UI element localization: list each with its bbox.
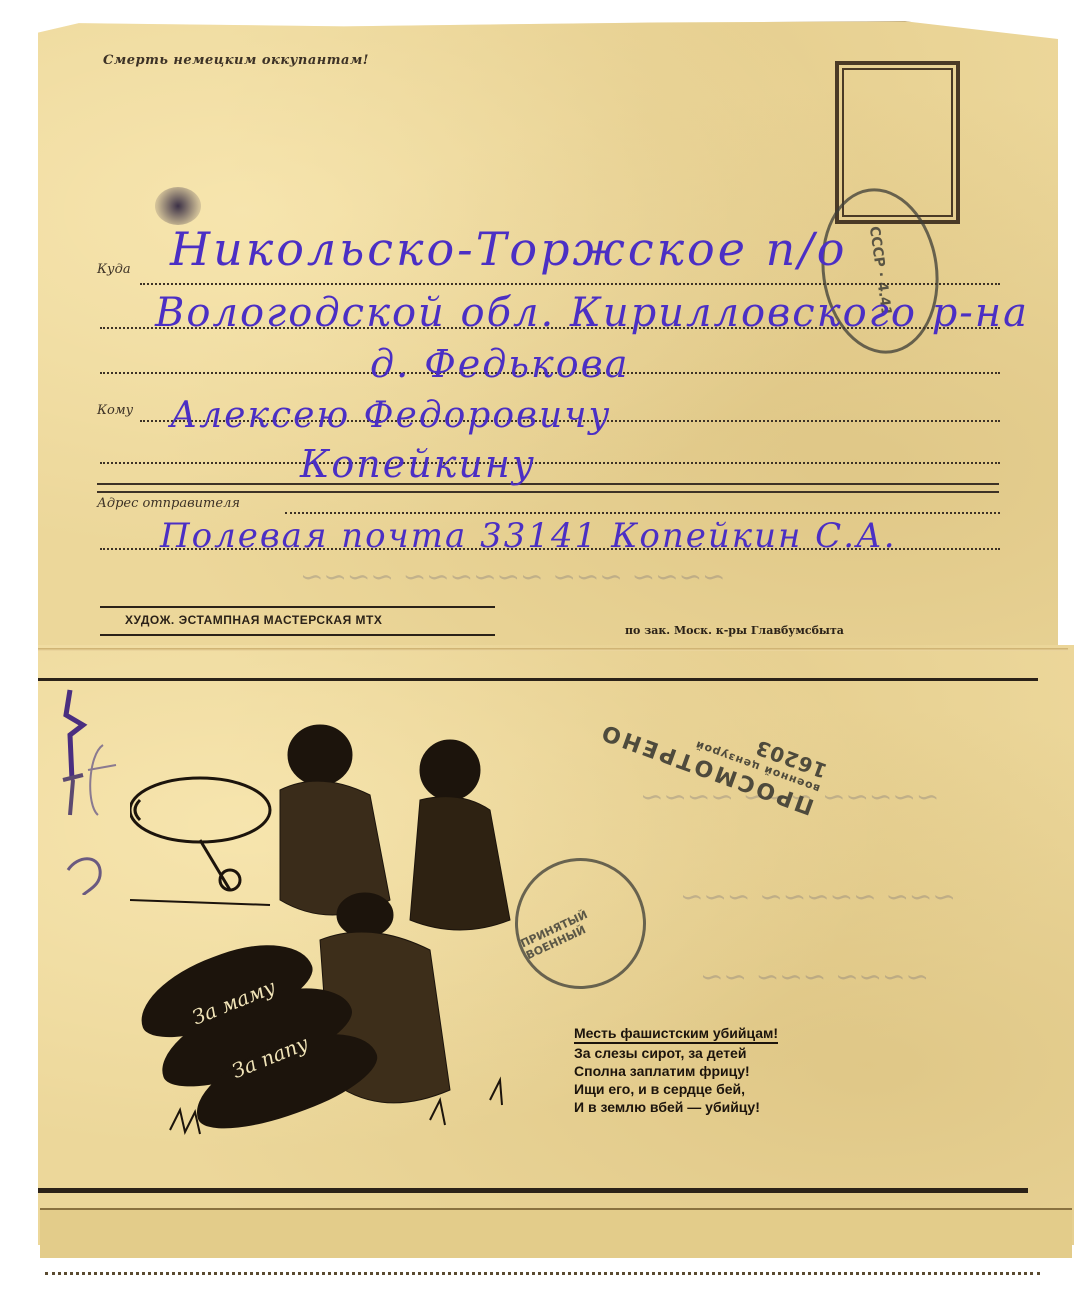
handwritten-address-line-3: д. Федькова [370, 342, 629, 386]
to-whom-label: Кому [97, 403, 133, 418]
poem-title: Месть фашистским убийцам! [574, 1024, 778, 1044]
top-slogan: Смерть немецким оккупантам! [103, 53, 369, 68]
address-line-1-dots [140, 283, 1000, 285]
section-divider [97, 483, 999, 493]
bleed-through-text: ~~~~ ~~~ ~~~~~~ ~~~~ [300, 560, 726, 593]
panel-top-rule [38, 678, 1038, 681]
envelope-flap [40, 1208, 1072, 1258]
pencil-scribble-icon [58, 685, 118, 895]
to-where-label: Куда [97, 262, 131, 277]
poem-line: Сполна заплатим фрицу! [574, 1062, 778, 1080]
bleed-through-text: ~~~ ~~~~~ ~~~ [680, 880, 956, 913]
handwritten-address-line-2: Вологодской обл. Кирилловского р-на [155, 290, 1029, 336]
poem-line: И в землю вбей — убийцу! [574, 1098, 778, 1116]
handwritten-recipient-line-2: Копейкину [300, 442, 536, 486]
ink-blot [155, 187, 201, 225]
imprint-right: по зак. Моск. к-ры Главбумсбыта [625, 624, 844, 637]
panel-bottom-rule [38, 1188, 1028, 1193]
imprint-left: ХУДОЖ. ЭСТАМПНАЯ МАСТЕРСКАЯ МТХ [125, 613, 382, 627]
sender-label: Адрес отправителя [97, 496, 240, 511]
poem-line: За слезы сирот, за детей [574, 1044, 778, 1062]
bleed-through-text: ~~~~ ~~~ ~~ [700, 960, 929, 993]
handwritten-recipient-line-1: Алексею Федоровичу [170, 395, 611, 436]
pencil-marks [58, 685, 118, 895]
sender-line-1-dots [285, 512, 1000, 514]
fold-line [38, 648, 1068, 651]
imprint-rule-bottom [100, 634, 495, 636]
recipient-line-2-dots [100, 462, 1000, 464]
imprint-rule-top [100, 606, 495, 608]
illustration-pilots-with-bombs: За маму За папу [130, 700, 540, 1160]
poem: Месть фашистским убийцам! За слезы сирот… [574, 1024, 778, 1116]
poem-line: Ищи его, и в сердце бей, [574, 1080, 778, 1098]
handwritten-address-line-1: Никольско-Торжское п/о [170, 222, 847, 276]
handwritten-sender-line: Полевая почта 33141 Копейкин С.А. [160, 516, 897, 556]
postmark-mid-text: ПРИНЯТЫЙ ВОЕННЫЙ [518, 885, 642, 961]
perforation-line [45, 1272, 1040, 1275]
